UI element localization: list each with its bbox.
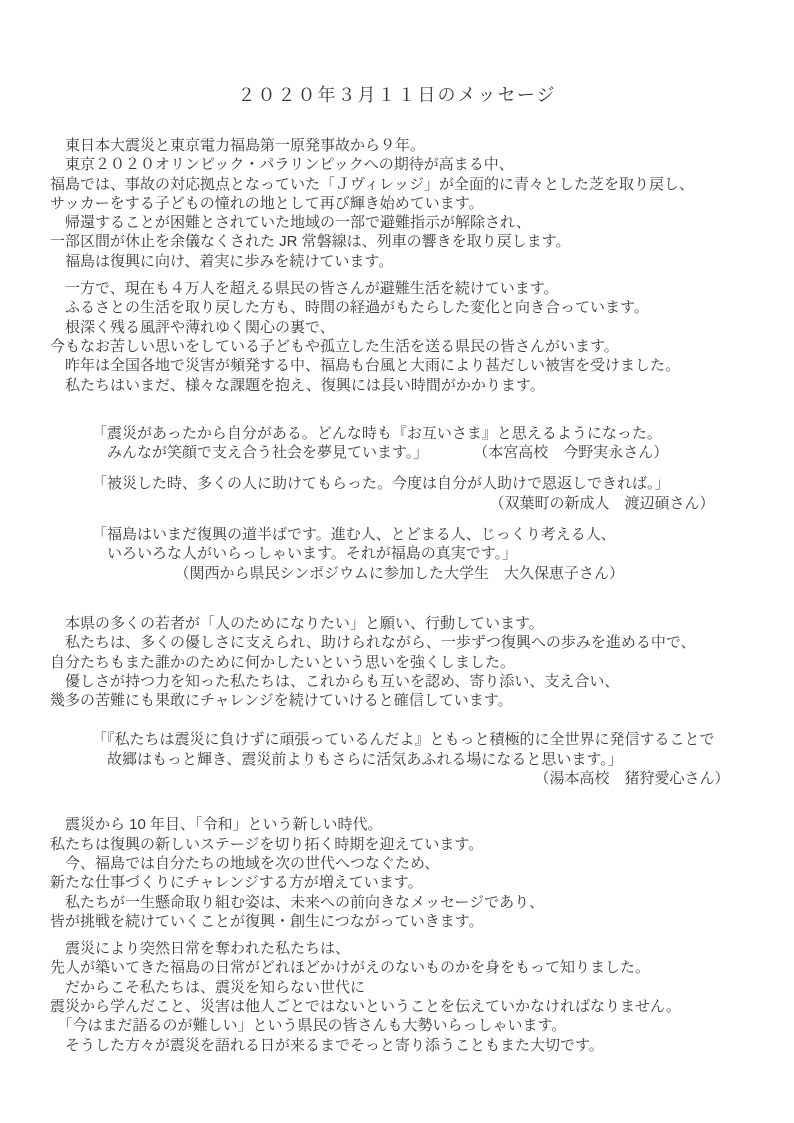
quote-line: 「福島はいまだ復興の道半ばです。進む人、とどまる人、じっくり考える人、 xyxy=(92,525,754,544)
text-line: 「今はまだ語るのが難しい」という県民の皆さんも大勢いらっしゃいます。 xyxy=(50,1016,754,1035)
attribution-line: （湯本高校 猪狩愛心さん） xyxy=(92,769,754,788)
quote-line: 「被災した時、多くの人に助けてもらった。今度は自分が人助けで恩返しできれば。」 xyxy=(92,474,754,493)
text-line: 私たちは、多くの優しさに支えられ、助けられながら、一歩ずつ復興への歩みを進める中… xyxy=(50,633,754,652)
quote-line: 故郷はもっと輝き、震災前よりもさらに活気あふれる場になると思います。」 xyxy=(92,750,754,769)
text-line: 震災から学んだこと、災害は他人ごとではないということを伝えていかなければなりませ… xyxy=(50,997,754,1016)
quote-line: みんなが笑顔で支え合う社会を夢見ています。」 （本宮高校 今野実永さん） xyxy=(92,443,754,462)
text-line: 東京２０２０オリンピック・パラリンピックへの期待が高まる中、 xyxy=(50,155,754,174)
quote-block-yumoto: 「『私たちは震災に負けずに頑張っているんだよ』ともっと積極的に全世界に発信するこ… xyxy=(92,730,754,788)
document-page: ２０２０年３月１１日のメッセージ 東日本大震災と東京電力福島第一原発事故から９年… xyxy=(0,0,794,1123)
text-line: 私たちは復興の新しいステージを切り拓く時期を迎えています。 xyxy=(50,835,754,854)
text-line: 一部区間が休止を余儀なくされた JR 常磐線は、列車の響きを取り戻します。 xyxy=(50,232,754,251)
quote-line: 「『私たちは震災に負けずに頑張っているんだよ』ともっと積極的に全世界に発信するこ… xyxy=(92,730,754,749)
page-title: ２０２０年３月１１日のメッセージ xyxy=(0,0,794,106)
paragraph-intro: 東日本大震災と東京電力福島第一原発事故から９年。 東京２０２０オリンピック・パラ… xyxy=(50,136,754,271)
text-line: 今、福島では自分たちの地域を次の世代へつなぐため、 xyxy=(50,854,754,873)
paragraph-legacy: 震災により突然日常を奪われた私たちは、 先人が築いてきた福島の日常がどれほどかけ… xyxy=(50,939,754,1055)
text-line: 根深く残る風評や薄れゆく関心の裏で、 xyxy=(50,318,754,337)
text-line: 自分たちもまた誰かのために何かしたいという思いを強くしました。 xyxy=(50,653,754,672)
text-line: 震災により突然日常を奪われた私たちは、 xyxy=(50,939,754,958)
paragraph-reiwa: 震災から 10 年目、「令和」という新しい時代。 私たちは復興の新しいステージを… xyxy=(50,815,754,931)
text-line: 今もなお苦しい思いをしている子どもや孤立した生活を送る県民の皆さんがいます。 xyxy=(50,337,754,356)
text-line: サッカーをする子どもの憧れの地として再び輝き始めています。 xyxy=(50,194,754,213)
text-line: 幾多の苦難にも果敢にチャレンジを続けていけると確信しています。 xyxy=(50,691,754,710)
text-line: 一方で、現在も４万人を超える県民の皆さんが避難生活を続けています。 xyxy=(50,279,754,298)
quote-block-motomiya: 「震災があったから自分がある。どんな時も『お互いさま』と思えるようになった。 み… xyxy=(92,424,754,463)
quote-line: いろいろな人がいらっしゃいます。それが福島の真実です。」 xyxy=(92,544,754,563)
text-line: 優しさが持つ力を知った私たちは、これからも互いを認め、寄り添い、支え合い、 xyxy=(50,672,754,691)
text-line: ふるさとの生活を取り戻した方も、時間の経過がもたらした変化と向き合っています。 xyxy=(50,298,754,317)
text-line: 新たな仕事づくりにチャレンジする方が増えています。 xyxy=(50,873,754,892)
text-line: 皆が挑戦を続けていくことが復興・創生につながっていきます。 xyxy=(50,912,754,931)
text-line: そうした方々が震災を語れる日が来るまでそっと寄り添うこともまた大切です。 xyxy=(50,1036,754,1055)
quote-block-symposium: 「福島はいまだ復興の道半ばです。進む人、とどまる人、じっくり考える人、 いろいろ… xyxy=(92,525,754,583)
paragraph-youth: 本県の多くの若者が「人のためになりたい」と願い、行動しています。 私たちは、多く… xyxy=(50,614,754,710)
attribution-line: （関西から県民シンポジウムに参加した大学生 大久保恵子さん） xyxy=(92,564,754,583)
quote-block-futaba: 「被災した時、多くの人に助けてもらった。今度は自分が人助けで恩返しできれば。」 … xyxy=(92,474,754,513)
text-line: 昨年は全国各地で災害が頻発する中、福島も台風と大雨により甚だしい被害を受けました… xyxy=(50,356,754,375)
paragraph-challenges: 一方で、現在も４万人を超える県民の皆さんが避難生活を続けています。 ふるさとの生… xyxy=(50,279,754,395)
text-line: 私たちが一生懸命取り組む姿は、未来への前向きなメッセージであり、 xyxy=(50,893,754,912)
text-line: だからこそ私たちは、震災を知らない世代に xyxy=(50,978,754,997)
text-line: 私たちはいまだ、様々な課題を抱え、復興には長い時間がかかります。 xyxy=(50,376,754,395)
attribution-line: （双葉町の新成人 渡辺碩さん） xyxy=(92,494,754,513)
text-line: 福島は復興に向け、着実に歩みを続けています。 xyxy=(50,252,754,271)
text-line: 帰還することが困難とされていた地域の一部で避難指示が解除され、 xyxy=(50,213,754,232)
text-line: 震災から 10 年目、「令和」という新しい時代。 xyxy=(50,815,754,834)
text-line: 本県の多くの若者が「人のためになりたい」と願い、行動しています。 xyxy=(50,614,754,633)
text-line: 福島では、事故の対応拠点となっていた「Ｊヴィレッジ」が全面的に青々とした芝を取り… xyxy=(50,175,754,194)
document-body: 東日本大震災と東京電力福島第一原発事故から９年。 東京２０２０オリンピック・パラ… xyxy=(0,136,794,1055)
quote-line: 「震災があったから自分がある。どんな時も『お互いさま』と思えるようになった。 xyxy=(92,424,754,443)
text-line: 東日本大震災と東京電力福島第一原発事故から９年。 xyxy=(50,136,754,155)
text-line: 先人が築いてきた福島の日常がどれほどかけがえのないものかを身をもって知りました。 xyxy=(50,958,754,977)
